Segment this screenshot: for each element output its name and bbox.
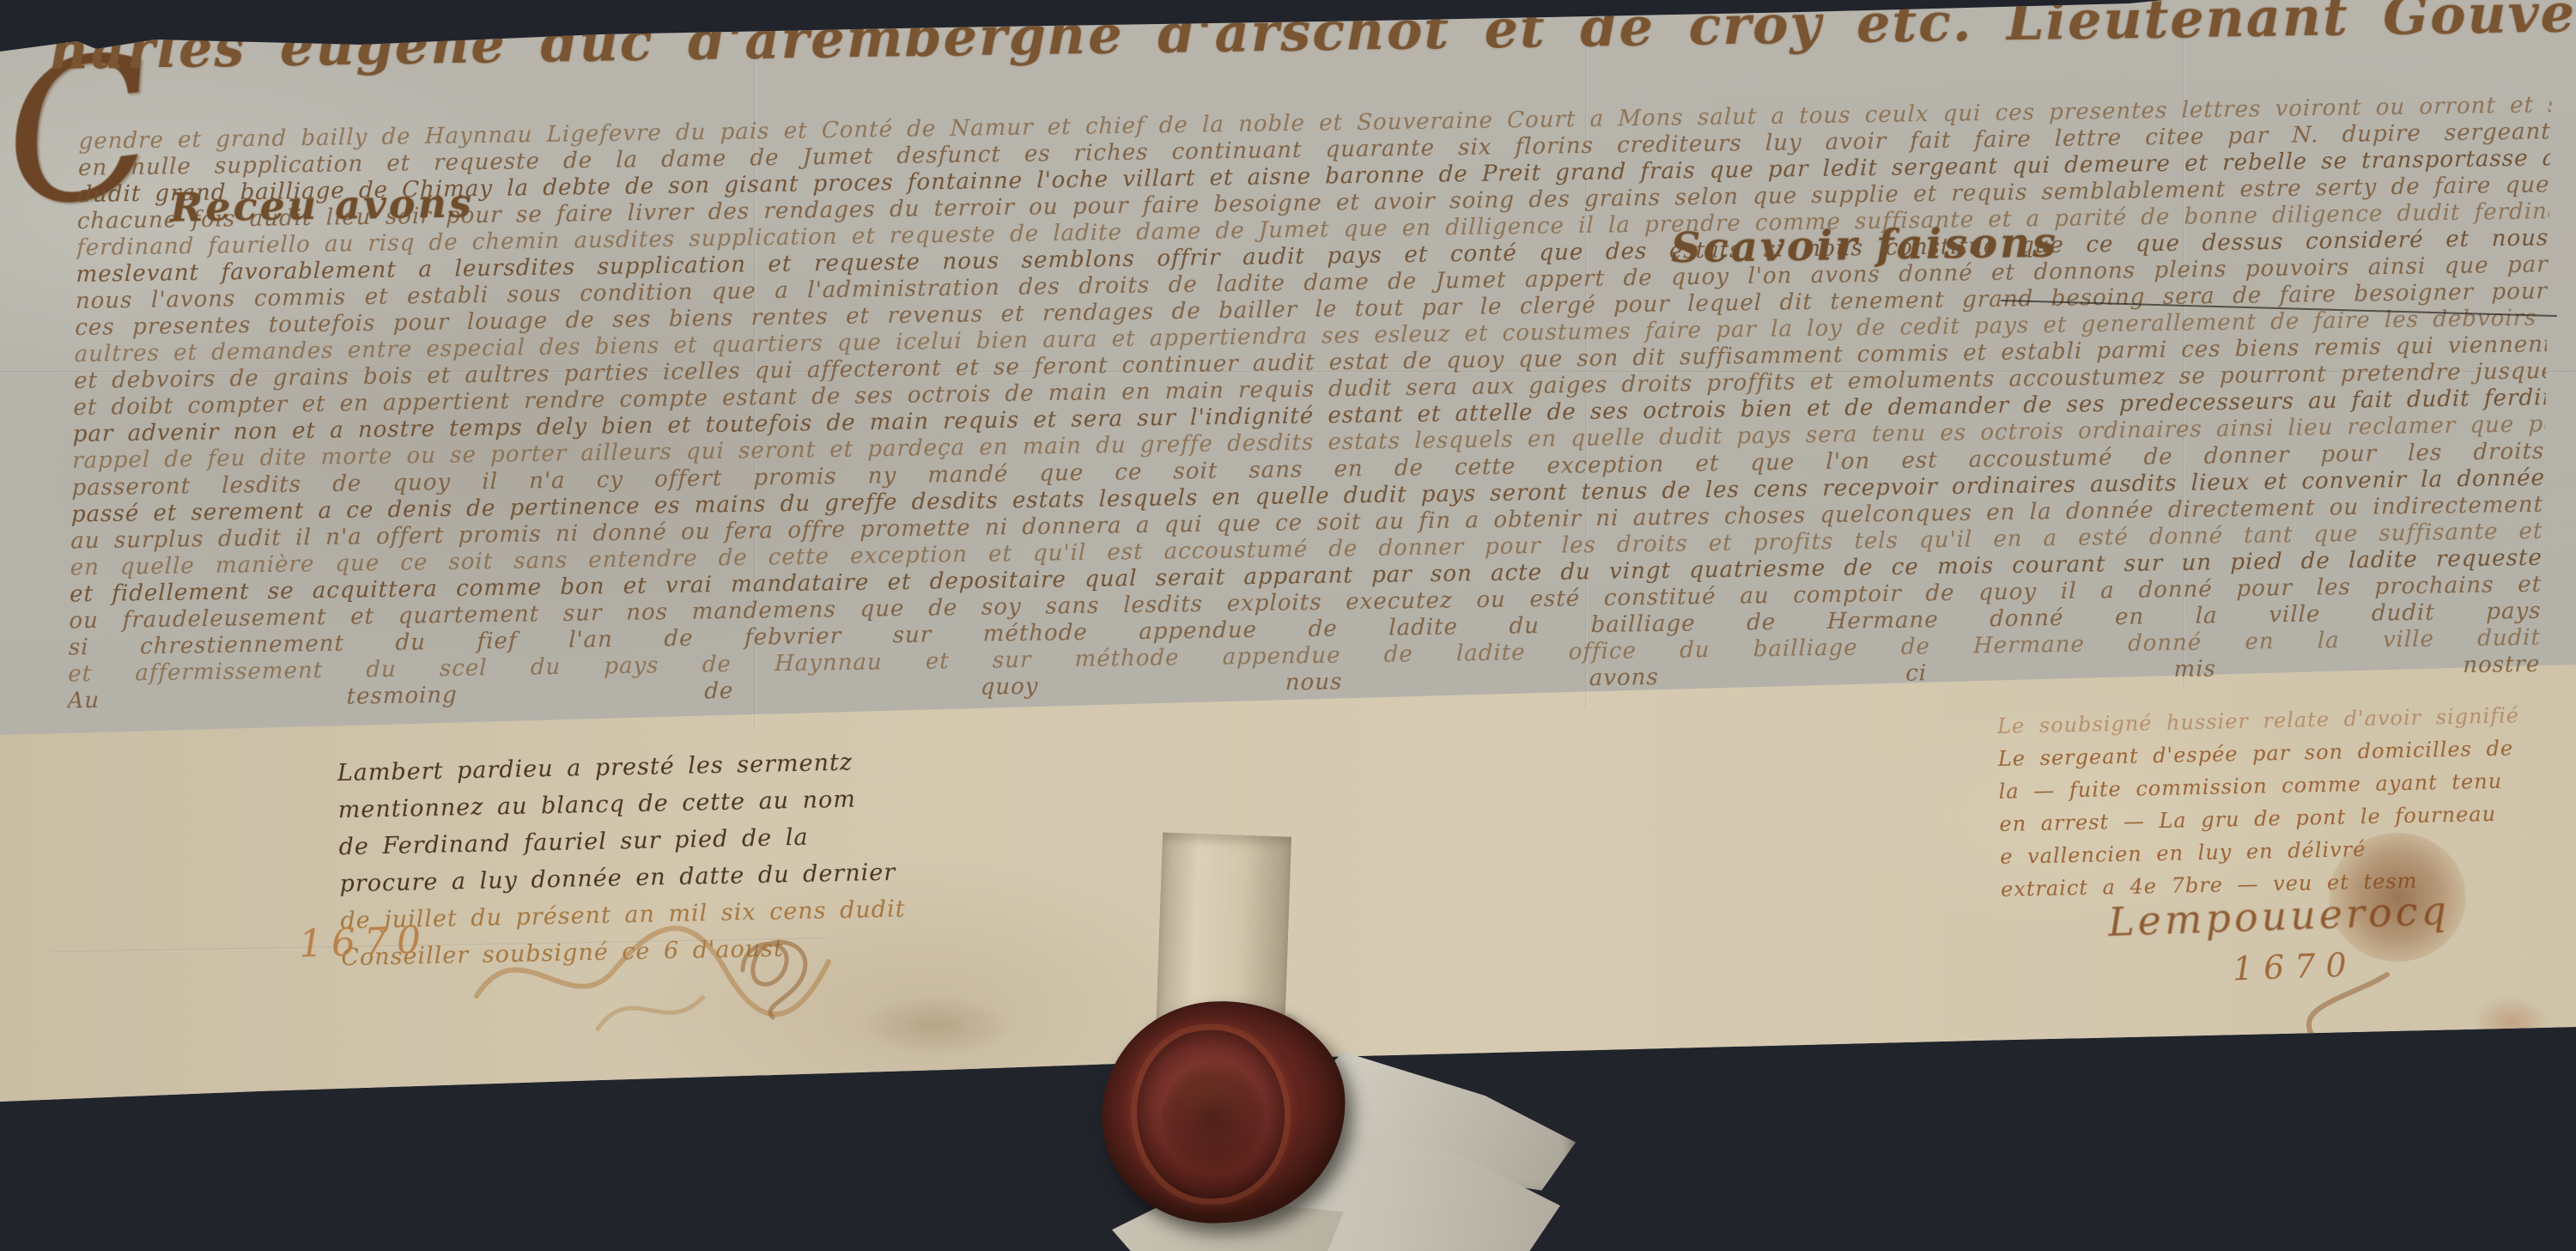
small-stain xyxy=(2473,996,2550,1048)
sergeant-note-right: Le soubsigné hussier relate d'avoir sign… xyxy=(1997,698,2573,906)
phrase-receu-avons: Receu avons xyxy=(170,179,475,230)
small-stain xyxy=(859,996,1013,1056)
ink-blot-stain xyxy=(2329,833,2466,962)
opening-line-calligraphy: harles eugene duc d'aremberghe d'arschot… xyxy=(50,0,2545,82)
date-left-1670: 1670 xyxy=(298,918,430,966)
phrase-scavoir-faisons: Scavoir faisons xyxy=(1671,219,2059,273)
charter-photograph: C harles eugene duc d'aremberghe d'arsch… xyxy=(0,0,2576,1251)
paraph-knot-left xyxy=(726,919,829,1022)
signature-descender-right xyxy=(2250,970,2421,1073)
